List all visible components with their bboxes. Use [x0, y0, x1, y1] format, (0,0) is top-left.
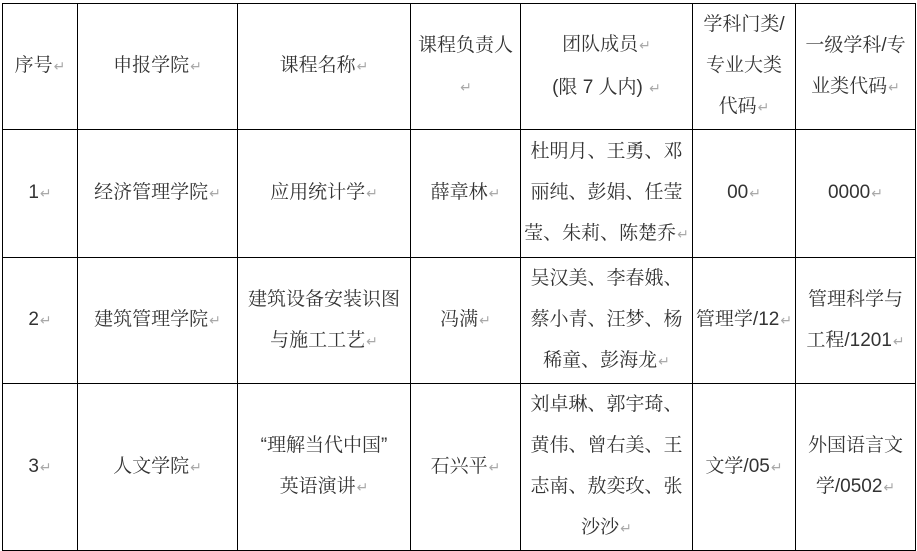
header-cell-course[interactable]: 课程名称↵	[238, 4, 411, 130]
cell-end-marker: ↵	[40, 460, 52, 476]
cell-end-marker: ↵	[489, 460, 501, 476]
cell-end-marker: ↵	[749, 186, 761, 202]
cell-discipline-code[interactable]: 外国语言文学/0502↵	[796, 384, 916, 550]
cell-course-leader[interactable]: 薛章林↵	[411, 130, 521, 258]
header-cell-discipline-code[interactable]: 一级学科/专业类代码↵	[796, 4, 916, 130]
cell-course-leader[interactable]: 冯满↵	[411, 258, 521, 384]
header-college-label: 申报学院	[113, 55, 189, 76]
table-row: 1↵ 经济管理学院↵ 应用统计学↵ 薛章林↵ 杜明月、王勇、邓丽纯、彭娟、任莹莹…	[3, 130, 916, 258]
cell-end-marker: ↵	[871, 186, 883, 202]
cell-end-marker: ↵	[190, 460, 202, 476]
cell-end-marker: ↵	[190, 59, 202, 75]
cell-college[interactable]: 建筑管理学院↵	[78, 258, 238, 384]
cell-discipline-code[interactable]: 0000↵	[796, 130, 916, 258]
cell-end-marker: ↵	[639, 38, 651, 54]
course-application-table: 序号↵ 申报学院↵ 课程名称↵ 课程负责人↵ 团队成员↵ (限 7 人内) ↵ …	[2, 3, 916, 549]
cell-end-marker: ↵	[460, 80, 472, 96]
header-category-code-label: 学科门类/专业大类代码	[703, 14, 784, 117]
cell-team-members[interactable]: 吴汉美、李春娥、蔡小青、汪梦、杨稀童、彭海龙↵	[521, 258, 693, 384]
cell-end-marker: ↵	[209, 313, 221, 329]
cell-course-leader[interactable]: 石兴平↵	[411, 384, 521, 550]
cell-course-name[interactable]: 建筑设备安装识图与施工工艺↵	[238, 258, 411, 384]
cell-end-marker: ↵	[366, 186, 378, 202]
cell-end-marker: ↵	[888, 80, 900, 96]
header-team-title-line: 团队成员↵	[523, 24, 690, 67]
cell-end-marker: ↵	[54, 59, 66, 75]
cell-end-marker: ↵	[883, 480, 895, 496]
cell-category-code[interactable]: 00↵	[693, 130, 796, 258]
cell-college[interactable]: 经济管理学院↵	[78, 130, 238, 258]
cell-end-marker: ↵	[649, 81, 661, 97]
cell-category-code[interactable]: 文学/05↵	[693, 384, 796, 550]
header-cell-college[interactable]: 申报学院↵	[78, 4, 238, 130]
header-team-limit-line: (限 7 人内) ↵	[523, 67, 690, 110]
header-cell-leader[interactable]: 课程负责人↵	[411, 4, 521, 130]
cell-end-marker: ↵	[893, 334, 905, 350]
cell-end-marker: ↵	[479, 313, 491, 329]
header-seq-label: 序号	[15, 55, 53, 76]
table-row: 2↵ 建筑管理学院↵ 建筑设备安装识图与施工工艺↵ 冯满↵ 吴汉美、李春娥、蔡小…	[3, 258, 916, 384]
cell-category-code[interactable]: 管理学/12↵	[693, 258, 796, 384]
cell-end-marker: ↵	[780, 313, 792, 329]
cell-end-marker: ↵	[357, 59, 369, 75]
header-leader-label: 课程负责人	[418, 35, 513, 56]
cell-end-marker: ↵	[40, 186, 52, 202]
cell-team-members[interactable]: 杜明月、王勇、邓丽纯、彭娟、任莹莹、朱莉、陈楚乔↵	[521, 130, 693, 258]
header-cell-seq[interactable]: 序号↵	[3, 4, 78, 130]
cell-end-marker: ↵	[658, 354, 670, 370]
cell-college[interactable]: 人文学院↵	[78, 384, 238, 550]
cell-discipline-code[interactable]: 管理科学与工程/1201↵	[796, 258, 916, 384]
cell-seq[interactable]: 1↵	[3, 130, 78, 258]
cell-course-name[interactable]: “理解当代中国”英语演讲↵	[238, 384, 411, 550]
cell-end-marker: ↵	[366, 334, 378, 350]
cell-end-marker: ↵	[758, 100, 770, 116]
cell-end-marker: ↵	[489, 186, 501, 202]
cell-end-marker: ↵	[771, 460, 783, 476]
cell-end-marker: ↵	[209, 186, 221, 202]
header-cell-category-code[interactable]: 学科门类/专业大类代码↵	[693, 4, 796, 130]
cell-course-name[interactable]: 应用统计学↵	[238, 130, 411, 258]
header-cell-team[interactable]: 团队成员↵ (限 7 人内) ↵	[521, 4, 693, 130]
header-row: 序号↵ 申报学院↵ 课程名称↵ 课程负责人↵ 团队成员↵ (限 7 人内) ↵ …	[3, 4, 916, 130]
header-course-label: 课程名称	[280, 55, 356, 76]
cell-end-marker: ↵	[620, 521, 632, 537]
cell-seq[interactable]: 2↵	[3, 258, 78, 384]
cell-end-marker: ↵	[677, 227, 689, 243]
cell-team-members[interactable]: 刘卓琳、郭宇琦、黄伟、曾右美、王志南、敖奕玫、张沙沙↵	[521, 384, 693, 550]
cell-end-marker: ↵	[40, 313, 52, 329]
table-row: 3↵ 人文学院↵ “理解当代中国”英语演讲↵ 石兴平↵ 刘卓琳、郭宇琦、黄伟、曾…	[3, 384, 916, 550]
cell-seq[interactable]: 3↵	[3, 384, 78, 550]
cell-end-marker: ↵	[357, 480, 369, 496]
